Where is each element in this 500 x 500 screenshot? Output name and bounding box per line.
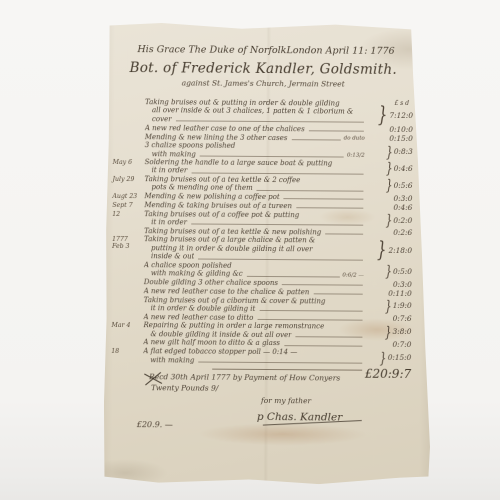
item-date: May 6 (113, 158, 145, 166)
item-note: 0:13/2 (347, 153, 367, 159)
item-amount: 0:3:0 (366, 193, 412, 202)
bill-item: 1777 Feb 3Taking bruises out of a large … (112, 235, 412, 262)
leader-line (309, 130, 364, 131)
header-line: His Grace The Duke of Norfolk London Apr… (113, 44, 413, 57)
amount-line: 0:10:0 (389, 125, 413, 134)
bill-item: 18A flat edged tobacco stopper poll — 0:… (111, 347, 411, 366)
amount-line: 0:7:6 (393, 314, 412, 323)
amount-value: 0:15:0 (388, 353, 412, 362)
item-amount: }3:8:0 (365, 325, 411, 337)
brace-mark: } (385, 214, 392, 226)
receipt-line-1: Recd 30th April 1777 by Payment of How C… (149, 372, 411, 383)
amount-line: }0:5:0 (383, 265, 411, 277)
item-date: Augt 23 (112, 192, 144, 200)
item-amount: 0:7:0 (365, 340, 411, 349)
bill-item: Taking bruises out of a ciborium & cover… (112, 295, 412, 314)
leader-line (198, 258, 363, 260)
item-text: with making (145, 150, 196, 159)
amount-line: }0:5:6 (384, 179, 412, 191)
bill-subheading: against St. James's Church, Jermain Stre… (113, 78, 413, 89)
item-text: with making (143, 356, 194, 365)
item-description: Taking bruises out of a ciborium & cover… (144, 296, 366, 314)
amount-value: 0:3:0 (394, 194, 413, 203)
item-text: cover (145, 115, 172, 124)
amount-value: 0:2:6 (393, 228, 412, 237)
item-date (112, 277, 144, 278)
amount-value: 0:2:0 (393, 215, 412, 224)
item-amount: }0:5:0 (366, 265, 412, 277)
amount-line: }1:9:0 (383, 300, 411, 312)
leader-line (296, 208, 363, 209)
item-text: with making & gilding &c (144, 269, 243, 278)
receipt-left-amount: £20.9. — (137, 420, 173, 429)
leader-line (198, 361, 362, 363)
item-note: do duto (344, 135, 367, 141)
addressee: His Grace The Duke of Norfolk (137, 44, 286, 56)
brace-mark: } (386, 162, 393, 174)
bill-item: 12Taking bruises out of a coffee pot & p… (112, 210, 412, 229)
item-description: A chalice spoon polishedwith making & gi… (144, 261, 366, 279)
amount-value: 2:18:0 (389, 245, 413, 254)
leader-line (284, 345, 362, 347)
brace-mark: } (377, 241, 386, 258)
item-date (112, 295, 144, 296)
amount-line: }0:15:0 (378, 351, 411, 363)
amount-value: 0:7:6 (393, 314, 412, 323)
leader-line (200, 156, 344, 158)
item-description: Taking bruises out of a large chalice & … (144, 236, 366, 263)
amount-value: 0:7:0 (392, 340, 411, 349)
bill-item: May 6Soldering the handle to a large sau… (113, 158, 413, 177)
amount-value: 7:12:0 (389, 111, 413, 120)
items-list: Taking bruises out & putting in order & … (111, 98, 413, 366)
amount-line: }0:8:3 (384, 145, 412, 157)
item-amount: }0:15:0 (365, 351, 411, 363)
brace-mark: } (378, 107, 387, 124)
item-note: 0:6/2 — (342, 272, 365, 278)
item-date (113, 123, 145, 124)
amount-value: 0:5:6 (394, 181, 413, 190)
amount-line: }0:4:6 (384, 162, 412, 174)
leader-line (282, 284, 363, 286)
leader-line (257, 319, 362, 321)
receipt-line-2: Twenty Pounds 9/ (151, 383, 411, 394)
leader-line (247, 275, 340, 277)
photo-background: His Grace The Duke of Norfolk London Apr… (0, 0, 500, 500)
item-date: Mar 4 (111, 321, 143, 329)
item-date (111, 338, 143, 339)
brace-mark: } (380, 351, 387, 363)
item-amount: 0:10:0 (367, 125, 413, 134)
amount-line: 0:3:0 (394, 194, 413, 203)
place-date: London April 11: 1776 (286, 45, 394, 57)
leader-line (325, 234, 363, 235)
item-text: pots & mending one of them (144, 183, 252, 192)
item-date: 1777 Feb 3 (112, 235, 144, 250)
item-text: A new red leather case to ditto (144, 313, 254, 322)
amount-value: 0:3:0 (393, 279, 412, 288)
amount-value: 1:9:0 (393, 301, 412, 310)
signature: p Chas. Kandler (257, 411, 342, 424)
bill-heading: Bot. of Frederick Kandler, Goldsmith. (113, 60, 413, 78)
item-date: 18 (111, 347, 143, 355)
item-date (112, 286, 144, 287)
item-date: 12 (112, 210, 144, 218)
item-amount: 0:3:0 (366, 279, 412, 288)
item-text: Mending & new polishing a coffee pot (144, 192, 279, 201)
item-text: it in order & double gilding it (144, 304, 256, 313)
item-date (113, 141, 145, 142)
item-text: it in order (145, 167, 188, 176)
item-amount: }1:9:0 (366, 300, 412, 312)
item-text: A new red leather case to one of the cha… (145, 124, 305, 134)
leader-line (191, 224, 363, 226)
leader-line (313, 294, 362, 295)
item-line: with making (143, 356, 365, 366)
item-amount: 0:2:6 (366, 228, 412, 237)
item-date (113, 132, 145, 133)
amount-value: 0:4:6 (394, 164, 413, 173)
leader-line (191, 172, 363, 174)
leader-line (291, 139, 340, 140)
amount-line: }7:12:0 (376, 107, 413, 124)
bill-item: Mar 4Repairing & putting in order a larg… (111, 321, 411, 340)
item-description: Soldering the handle to a large sauce bo… (145, 158, 367, 176)
item-date: July 29 (112, 175, 144, 183)
bill-item: 3 chalize spoons polishedwith making0:13… (113, 141, 413, 160)
brace-mark: } (385, 265, 392, 277)
leader-line (259, 310, 362, 312)
item-description: Taking bruises out of a tea kettle & 2 c… (144, 175, 366, 193)
item-description: 3 chalize spoons polishedwith making0:13… (145, 141, 367, 159)
item-date (112, 226, 144, 227)
amount-value: 0:8:3 (394, 147, 413, 156)
amount-line: }2:18:0 (375, 241, 412, 258)
item-description: A flat edged tobacco stopper poll — 0:14… (143, 347, 365, 365)
item-date (112, 312, 144, 313)
item-amount: }0:5:6 (366, 179, 412, 191)
manuscript-paper: His Grace The Duke of Norfolk London Apr… (98, 19, 435, 489)
leader-line (176, 121, 364, 123)
amount-line: 0:7:0 (392, 340, 411, 349)
item-description: Taking bruises out & putting in order & … (145, 98, 367, 125)
item-amount: }2:18:0 (366, 241, 412, 258)
amount-value: 0:10:0 (389, 125, 413, 134)
bill-item: Taking bruises out & putting in order & … (113, 98, 413, 125)
amount-line: 0:2:6 (393, 228, 412, 237)
amount-line: 0:3:0 (393, 279, 412, 288)
item-description: Repairing & putting in order a large rem… (143, 321, 365, 339)
leader-line (284, 198, 364, 200)
brace-mark: } (385, 300, 392, 312)
item-date: Sept 7 (112, 201, 144, 209)
amount-value: 0:5:0 (393, 266, 412, 275)
item-amount: }0:4:6 (367, 162, 413, 174)
amount-value: 3:8:0 (393, 327, 412, 336)
leader-line (257, 190, 364, 192)
total-rule (212, 369, 362, 371)
item-date (112, 261, 144, 262)
leader-line (296, 336, 363, 337)
brace-mark: } (385, 179, 392, 191)
item-amount: £ s d}7:12:0 (367, 101, 413, 124)
brace-mark: } (386, 145, 393, 157)
amount-line: }3:8:0 (383, 326, 411, 338)
amount-value: 0:4:6 (393, 203, 412, 212)
amount-line: }0:2:0 (384, 214, 412, 226)
item-text: inside & out (144, 252, 194, 261)
item-text: Double gilding 3 other chalice spoons (144, 278, 278, 287)
bill-item: July 29Taking bruises out of a tea kettl… (112, 175, 412, 194)
item-amount: }0:2:0 (366, 214, 412, 226)
cross-mark (143, 371, 163, 386)
amount-line: 0:4:6 (393, 203, 412, 212)
manuscript-content: His Grace The Duke of Norfolk London Apr… (98, 19, 435, 489)
brace-mark: } (384, 326, 391, 338)
item-amount: }0:8:3 (367, 145, 413, 157)
bill-item: A chalice spoon polishedwith making & gi… (112, 261, 412, 280)
item-description: Taking bruises out of a coffee pot & put… (144, 210, 366, 228)
item-text: it in order (144, 218, 187, 227)
item-date (113, 98, 145, 99)
